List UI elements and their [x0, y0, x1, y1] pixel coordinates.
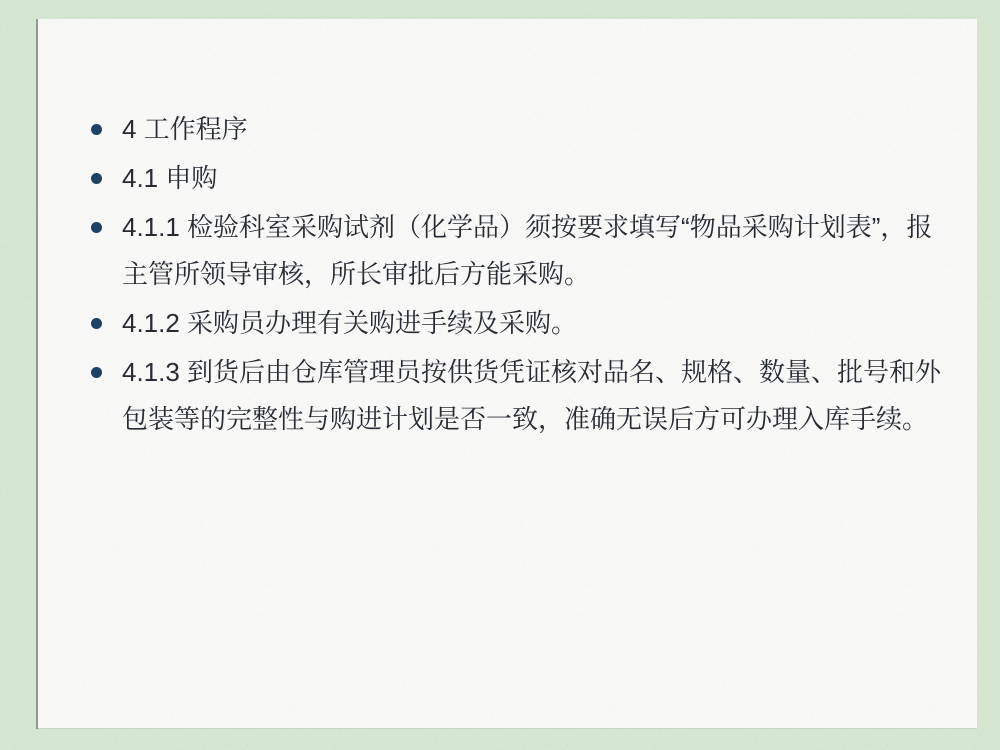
list-item: 4.1.1 检验科室采购试剂（化学品）须按要求填写“物品采购计划表”，报主管所领…: [122, 204, 954, 298]
bullet-icon: [91, 318, 102, 329]
bullet-text: 4.1 申购: [122, 163, 217, 193]
bullet-text: 4.1.2 采购员办理有关购进手续及采购。: [122, 308, 577, 338]
bullet-text: 4 工作程序: [122, 114, 248, 144]
bullet-list: 4 工作程序 4.1 申购 4.1.1 检验科室采购试剂（化学品）须按要求填写“…: [122, 106, 954, 443]
list-item: 4.1.2 采购员办理有关购进手续及采购。: [122, 300, 954, 347]
bullet-text: 4.1.1 检验科室采购试剂（化学品）须按要求填写“物品采购计划表”，报主管所领…: [122, 212, 932, 289]
slide: { "slide": { "background_color": "#d7e8d…: [0, 0, 1000, 750]
list-item: 4.1 申购: [122, 155, 954, 202]
list-item: 4 工作程序: [122, 106, 954, 153]
bullet-icon: [91, 124, 102, 135]
bullet-icon: [91, 222, 102, 233]
slide-content: 4 工作程序 4.1 申购 4.1.1 检验科室采购试剂（化学品）须按要求填写“…: [122, 106, 954, 445]
bullet-icon: [91, 367, 102, 378]
list-item: 4.1.3 到货后由仓库管理员按供货凭证核对品名、规格、数量、批号和外包装等的完…: [122, 349, 954, 443]
bullet-icon: [91, 173, 102, 184]
bullet-text: 4.1.3 到货后由仓库管理员按供货凭证核对品名、规格、数量、批号和外包装等的完…: [122, 357, 941, 434]
